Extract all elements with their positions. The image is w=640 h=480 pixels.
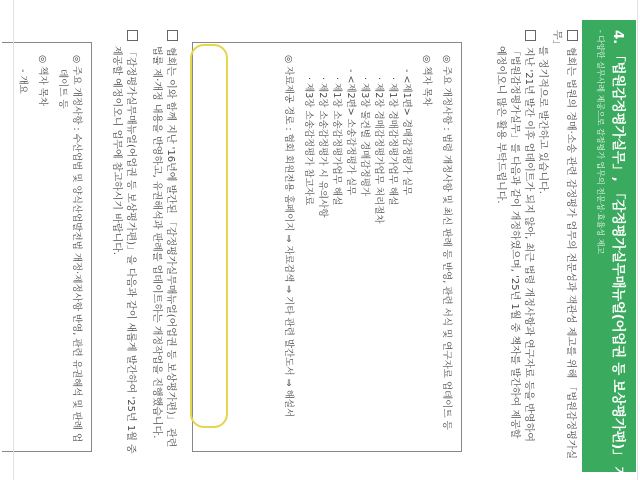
section-title: 4. 「법원감정평가실무」, 「감정평가실무매뉴얼(어업권 등 보상평가편)」 … xyxy=(610,30,630,462)
checkbox-bullet-icon xyxy=(567,30,578,41)
main-changes-continued: 데이트 등 xyxy=(55,55,69,439)
paragraph-line: 를 정기적으로 발간하고 있습니다. xyxy=(535,30,549,460)
paragraph-line: 제공할 예정이오니 업무에 참고하시기 바랍니다. xyxy=(109,30,123,460)
checkbox-bullet-icon xyxy=(127,30,138,41)
paragraph-revision: 지난 '21년 발간 이후 업데이트가 되지 않아, 최근 법령 개정사항과 연… xyxy=(493,30,536,460)
top-divider xyxy=(637,0,638,480)
paragraph-intro: 협회는 법원의 경매·소송 관련 감정평가 업무의 전문성과 객관성 제고를 위… xyxy=(535,30,578,460)
bottom-divider xyxy=(13,0,14,480)
toc-item: · 제3장 물건별 경매감정평가 xyxy=(357,55,371,439)
toc-title: ◎ 책자 목차 xyxy=(419,55,433,439)
access-path: ◎ 자료제공 경로 : 협회 회원전용 홈페이지 ⇒ 자료검색 ⇒ 기타 관련 … xyxy=(281,55,295,439)
paragraph-manual-publish: 「감정평가실무매뉴얼(어업권 등 보상평가편)」을 다음과 같이 새롭게 발간하… xyxy=(109,30,138,460)
paragraph-line: 「법원감정평가실무」를 다음과 같이 개정하였으며, '25년 1월 중 책자를… xyxy=(507,30,521,460)
section-header: 4. 「법원감정평가실무」, 「감정평가실무매뉴얼(어업권 등 보상평가편)」 … xyxy=(582,20,636,472)
paragraph-line: 예정이오니 많은 활용 부탁드립니다. xyxy=(493,30,507,460)
rotated-document-page: 4. 「법원감정평가실무」, 「감정평가실무매뉴얼(어업권 등 보상평가편)」 … xyxy=(0,0,640,480)
toc-title: ◎ 책자 목차 xyxy=(35,55,49,439)
toc-item: · 제2장 경매감정평가업무 처리절차 xyxy=(371,55,385,439)
checkbox-bullet-icon xyxy=(525,30,536,41)
toc-item: · 제3장 소송감정평가 참고자료 xyxy=(301,55,315,439)
paragraph-line: 지난 '21년 발간 이후 업데이트가 되지 않아, 최근 법령 개정사항과 연… xyxy=(523,47,534,442)
toc-item: - 개요 xyxy=(15,55,29,439)
paragraph-line: 「감정평가실무매뉴얼(어업권 등 보상평가편)」을 다음과 같이 새롭게 발간하… xyxy=(125,47,136,454)
toc-item: · 제1장 소송감정평가업무 해설 xyxy=(329,55,343,439)
paragraph-line: 협회는 이와 함께 지난 '16년에 발간된 「감정평가실무매뉴얼(어업권 등 … xyxy=(165,47,176,447)
paragraph-line: 법률 제·개정 내용을 반영하고, 유권해석과 판례를 업데이트하는 개정작업을… xyxy=(149,30,163,460)
checkbox-bullet-icon xyxy=(167,30,178,41)
paragraph-line: 협회는 법원의 경매·소송 관련 감정평가 업무의 전문성과 객관성 제고를 위… xyxy=(551,30,576,459)
toc-item: · 제1장 경매감정평가업무 해설 xyxy=(385,55,399,439)
info-box-court-appraisal: ◎ 주요 개정사항 : 법령 개정사항 및 최신 판례 등 반영, 관련 서식 … xyxy=(192,42,462,452)
toc-item: · 제2장 소송감정평가 시 유의사항 xyxy=(315,55,329,439)
toc-item: - <제1편> 경매감정평가 실무 xyxy=(399,55,413,439)
info-box-manual: ◎ 주요 개정사항 : 수산업법 및 양식산업발전법 개정·제정사항 반영, 관… xyxy=(2,42,92,452)
section-subtitle: - 다양한 실무사례 제공으로 감정평가 업무의 전문성·효율성 제고 xyxy=(595,30,606,462)
main-changes: ◎ 주요 개정사항 : 법령 개정사항 및 최신 판례 등 반영, 관련 서식 … xyxy=(439,55,453,439)
main-changes: ◎ 주요 개정사항 : 수산업법 및 양식산업발전법 개정·제정사항 반영, 관… xyxy=(69,55,83,439)
toc-item: - <제2편> 소송감정평가 실무 xyxy=(343,55,357,439)
paragraph-manual-revision: 협회는 이와 함께 지난 '16년에 발간된 「감정평가실무매뉴얼(어업권 등 … xyxy=(149,30,178,460)
